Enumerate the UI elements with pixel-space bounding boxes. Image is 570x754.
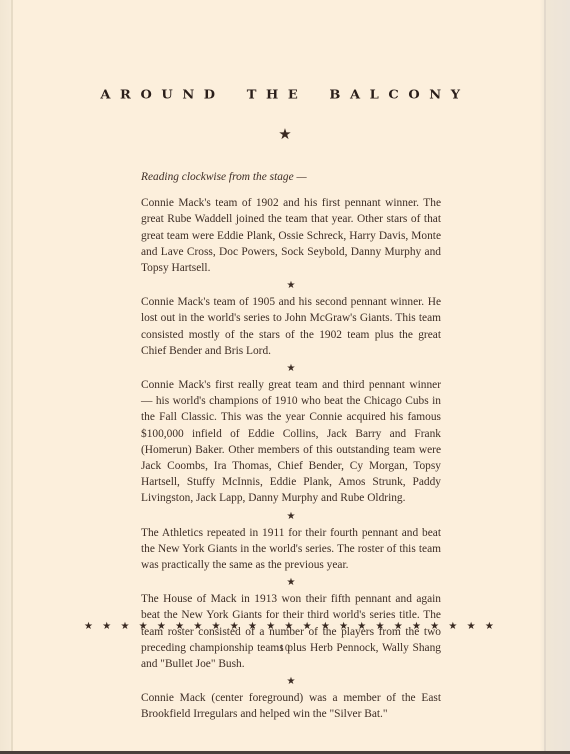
page-fold xyxy=(544,0,546,754)
star-icon: ★ xyxy=(339,621,348,632)
star-icon: ★ xyxy=(120,621,129,632)
star-icon: ★ xyxy=(266,621,275,632)
star-icon: ★ xyxy=(376,621,385,632)
title-word: THE xyxy=(247,89,308,103)
paragraph: Connie Mack's first really great team an… xyxy=(141,377,441,507)
page-left-edge xyxy=(11,0,13,752)
intro-line: Reading clockwise from the stage — xyxy=(141,169,441,185)
body-text: Reading clockwise from the stage — Conni… xyxy=(141,169,441,723)
star-ornament-icon: ★ xyxy=(0,128,570,143)
star-icon: ★ xyxy=(248,621,257,632)
star-icon: ★ xyxy=(84,621,93,632)
star-icon: ★ xyxy=(412,621,421,632)
paragraph: Connie Mack's team of 1905 and his secon… xyxy=(141,294,441,359)
star-icon: ★ xyxy=(303,621,312,632)
star-border-row: ★★★★★★★★★★★★★★★★★★★★★★★ xyxy=(84,621,494,632)
star-separator-icon: ★ xyxy=(141,509,441,525)
star-icon: ★ xyxy=(284,621,293,632)
star-icon: ★ xyxy=(212,621,221,632)
title-word: BALCONY xyxy=(329,89,469,103)
star-icon: ★ xyxy=(230,621,239,632)
star-icon: ★ xyxy=(193,621,202,632)
star-icon: ★ xyxy=(357,621,366,632)
title-word: AROUND xyxy=(100,89,224,103)
paragraph: Connie Mack (center foreground) was a me… xyxy=(141,690,441,722)
star-icon: ★ xyxy=(467,621,476,632)
paragraph: The Athletics repeated in 1911 for their… xyxy=(141,525,441,574)
star-icon: ★ xyxy=(157,621,166,632)
star-icon: ★ xyxy=(448,621,457,632)
star-icon: ★ xyxy=(321,621,330,632)
star-icon: ★ xyxy=(102,621,111,632)
star-separator-icon: ★ xyxy=(141,361,441,377)
paragraph: Connie Mack's team of 1902 and his first… xyxy=(141,195,441,276)
star-icon: ★ xyxy=(175,621,184,632)
star-icon: ★ xyxy=(394,621,403,632)
star-icon: ★ xyxy=(139,621,148,632)
star-separator-icon: ★ xyxy=(141,674,441,690)
document-page: AROUNDTHEBALCONY ★ Reading clockwise fro… xyxy=(0,0,570,754)
star-separator-icon: ★ xyxy=(141,575,441,591)
star-icon: ★ xyxy=(430,621,439,632)
page-number: 10 xyxy=(0,644,570,654)
page-title: AROUNDTHEBALCONY xyxy=(0,89,570,103)
star-icon: ★ xyxy=(485,621,494,632)
star-separator-icon: ★ xyxy=(141,278,441,294)
